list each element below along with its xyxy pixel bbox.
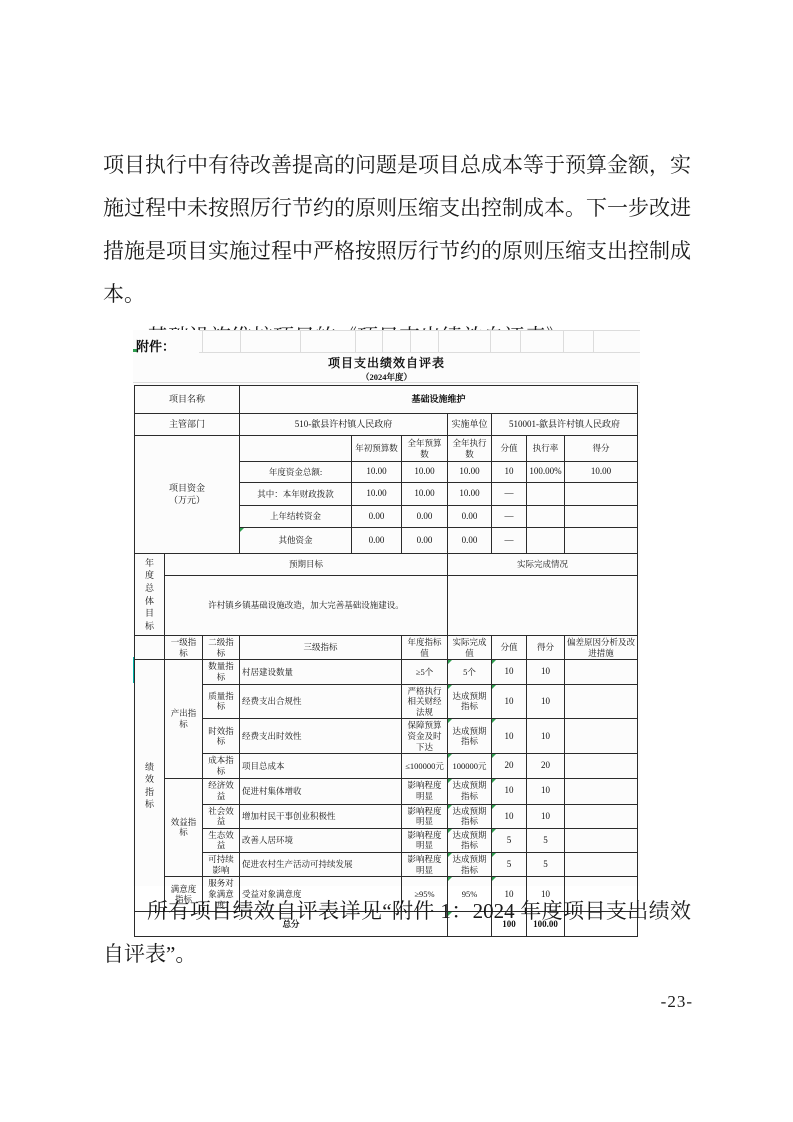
funds-col-header: 执行率 <box>527 436 565 462</box>
annual-target-value: 保障预算资金及时下达 <box>402 719 448 754</box>
table-row: 绩效指标 产出指标 数量指标 村居建设数量 ≥5个 5个 10 10 <box>135 660 638 684</box>
table-row: 成本指标 项目总成本 ≤100000元 100000元 20 20 <box>135 754 638 778</box>
department-value: 510-歙县许村镇人民政府 <box>240 414 448 436</box>
points-value: 20 <box>492 754 527 778</box>
funds-row-label: 上年结转资金 <box>240 506 352 528</box>
implementing-unit-value: 510001-歙县许村镇人民政府 <box>492 414 638 436</box>
actual-value: 100000元 <box>448 754 492 778</box>
indicator-col-header: 分值 <box>492 636 527 660</box>
empty-cell <box>240 436 352 462</box>
table-row: 社会效益 增加村民干事创业积极性 影响程度明显 达成预期指标 10 10 <box>135 804 638 828</box>
level3-indicator: 村居建设数量 <box>240 660 402 684</box>
table-row: 效益指标 经济效益 促进村集体增收 影响程度明显 达成预期指标 10 10 <box>135 778 638 804</box>
funds-points: — <box>492 483 527 506</box>
table-row: 质量指标 经费支出合规性 严格执行相关财经法规 达成预期指标 10 10 <box>135 684 638 719</box>
level3-indicator: 促进村集体增收 <box>240 778 402 804</box>
annual-goal-label: 年度总体目标 <box>135 554 165 636</box>
table-title: 项目支出绩效自评表 <box>133 354 640 371</box>
deviation-analysis <box>565 754 638 778</box>
funds-row-label: 其他资金 <box>240 528 352 554</box>
paragraph-issues: 项目执行中有待改善提高的问题是项目总成本等于预算金额，实施过程中未按照厉行节约的… <box>103 144 691 316</box>
points-value: 10 <box>492 804 527 828</box>
funds-executed: 10.00 <box>448 462 492 483</box>
score-value: 5 <box>527 828 565 852</box>
table-row: 项目名称 基础设施维护 <box>135 386 638 414</box>
annual-target-value: 严格执行相关财经法规 <box>402 684 448 719</box>
gridline <box>199 330 640 331</box>
attachment-label: 附件： <box>136 336 175 355</box>
points-value: 10 <box>492 778 527 804</box>
score-value: 20 <box>527 754 565 778</box>
funds-begin-budget: 10.00 <box>352 483 402 506</box>
gridline <box>199 352 640 353</box>
funds-score <box>565 528 638 554</box>
level1-indicator: 产出指标 <box>165 660 203 778</box>
gridline <box>202 330 203 352</box>
project-funds-label: 项目资金 （万元） <box>135 436 240 554</box>
actual-completion-header: 实际完成情况 <box>448 554 638 576</box>
score-value: 10 <box>527 660 565 684</box>
page-number: -23- <box>661 992 693 1012</box>
actual-value: 达成预期指标 <box>448 778 492 804</box>
table-subtitle: （2024年度） <box>133 371 640 383</box>
gridline <box>300 330 301 352</box>
funds-executed: 10.00 <box>448 483 492 506</box>
level3-indicator: 改善人居环境 <box>240 828 402 852</box>
gridline <box>438 330 439 352</box>
points-value: 10 <box>492 684 527 719</box>
funds-col-header: 全年预算数 <box>402 436 448 462</box>
level2-indicator: 经济效益 <box>203 778 240 804</box>
level2-indicator: 社会效益 <box>203 804 240 828</box>
body-text: 项目执行中有待改善提高的问题是项目总成本等于预算金额，实施过程中未按照厉行节约的… <box>103 144 691 359</box>
funds-exec-rate: 100.00% <box>527 462 565 483</box>
funds-score <box>565 506 638 528</box>
table-row: 主管部门 510-歙县许村镇人民政府 实施单位 510001-歙县许村镇人民政府 <box>135 414 638 436</box>
gridline <box>382 330 383 352</box>
level2-indicator: 成本指标 <box>203 754 240 778</box>
actual-value: 达成预期指标 <box>448 804 492 828</box>
level3-indicator: 经费支出时效性 <box>240 719 402 754</box>
funds-points: 10 <box>492 462 527 483</box>
deviation-analysis <box>565 719 638 754</box>
indicator-col-header: 年度指标值 <box>402 636 448 660</box>
score-value: 10 <box>527 804 565 828</box>
level2-indicator: 生态效益 <box>203 828 240 852</box>
table-row: 许村镇乡镇基础设施改造，加大完善基础设施建设。 <box>135 576 638 636</box>
gridline <box>520 330 521 352</box>
funds-points: — <box>492 506 527 528</box>
funds-col-header: 年初预算数 <box>352 436 402 462</box>
score-value: 5 <box>527 853 565 877</box>
expected-goal-text: 许村镇乡镇基础设施改造，加大完善基础设施建设。 <box>165 576 448 636</box>
annual-target-value: ≤100000元 <box>402 754 448 778</box>
gridline <box>240 330 241 352</box>
funds-row-label: 年度资金总额: <box>240 462 352 483</box>
table-row: 可持续影响 促进农村生产活动可持续发展 影响程度明显 达成预期指标 5 5 <box>135 853 638 877</box>
indicator-col-header: 得分 <box>527 636 565 660</box>
funds-score: 10.00 <box>565 462 638 483</box>
deviation-analysis <box>565 778 638 804</box>
table-row: 项目资金 （万元） 年初预算数 全年预算数 全年执行数 分值 执行率 得分 <box>135 436 638 462</box>
table-row: 生态效益 改善人居环境 影响程度明显 达成预期指标 5 5 <box>135 828 638 852</box>
actual-value: 达成预期指标 <box>448 684 492 719</box>
deviation-analysis <box>565 853 638 877</box>
points-value: 10 <box>492 719 527 754</box>
project-name-value: 基础设施维护 <box>240 386 638 414</box>
gridline <box>490 330 491 352</box>
level2-indicator: 数量指标 <box>203 660 240 684</box>
level3-indicator: 增加村民干事创业积极性 <box>240 804 402 828</box>
funds-begin-budget: 0.00 <box>352 506 402 528</box>
gridline <box>563 330 564 352</box>
level3-indicator: 经费支出合规性 <box>240 684 402 719</box>
implementing-unit-label: 实施单位 <box>448 414 492 436</box>
annual-target-value: 影响程度明显 <box>402 828 448 852</box>
annual-target-value: 影响程度明显 <box>402 778 448 804</box>
actual-value: 5个 <box>448 660 492 684</box>
funds-annual-budget: 0.00 <box>402 506 448 528</box>
empty-cell <box>135 636 165 660</box>
deviation-analysis <box>565 684 638 719</box>
actual-value: 达成预期指标 <box>448 853 492 877</box>
deviation-analysis <box>565 804 638 828</box>
annual-target-value: ≥5个 <box>402 660 448 684</box>
project-name-label: 项目名称 <box>135 386 240 414</box>
funds-col-header: 得分 <box>565 436 638 462</box>
funds-executed: 0.00 <box>448 506 492 528</box>
funds-annual-budget: 10.00 <box>402 483 448 506</box>
indicator-col-header: 一级指标 <box>165 636 203 660</box>
deviation-analysis <box>565 828 638 852</box>
excel-screenshot: 附件： 项目支出绩效自评表 （2024年度） 项目名称 基础设施维护 主管部门 … <box>133 330 640 886</box>
gridline <box>355 330 356 352</box>
funds-col-header: 全年执行数 <box>448 436 492 462</box>
funds-score <box>565 483 638 506</box>
actual-completion-text <box>448 576 638 636</box>
gridline <box>410 330 411 352</box>
points-value: 5 <box>492 853 527 877</box>
table-row: 时效指标 经费支出时效性 保障预算资金及时下达 达成预期指标 10 10 <box>135 719 638 754</box>
level2-indicator: 质量指标 <box>203 684 240 719</box>
funds-annual-budget: 10.00 <box>402 462 448 483</box>
level1-indicator: 效益指标 <box>165 778 203 877</box>
funds-row-label: 其中：本年财政拨款 <box>240 483 352 506</box>
annual-target-value: 影响程度明显 <box>402 804 448 828</box>
table-row: 一级指标 二级指标 三级指标 年度指标值 实际完成值 分值 得分 偏差原因分析及… <box>135 636 638 660</box>
funds-col-header: 分值 <box>492 436 527 462</box>
indicator-col-header: 偏差原因分析及改进措施 <box>565 636 638 660</box>
performance-indicator-label: 绩效指标 <box>135 660 165 912</box>
funds-begin-budget: 10.00 <box>352 462 402 483</box>
deviation-analysis <box>565 660 638 684</box>
funds-exec-rate <box>527 506 565 528</box>
actual-value: 达成预期指标 <box>448 719 492 754</box>
paragraph-see-attachment: 所有项目绩效自评表详见“附件 1：2024 年度项目支出绩效自评表”。 <box>103 890 691 976</box>
funds-points: — <box>492 528 527 554</box>
indicator-col-header: 三级指标 <box>240 636 402 660</box>
indicator-col-header: 二级指标 <box>203 636 240 660</box>
points-value: 10 <box>492 660 527 684</box>
level3-indicator: 项目总成本 <box>240 754 402 778</box>
score-value: 10 <box>527 719 565 754</box>
expected-goal-header: 预期目标 <box>165 554 448 576</box>
table-row: 年度总体目标 预期目标 实际完成情况 <box>135 554 638 576</box>
funds-begin-budget: 0.00 <box>352 528 402 554</box>
annual-target-value: 影响程度明显 <box>402 853 448 877</box>
indicator-col-header: 实际完成值 <box>448 636 492 660</box>
funds-executed: 0.00 <box>448 528 492 554</box>
score-value: 10 <box>527 684 565 719</box>
funds-exec-rate <box>527 483 565 506</box>
self-evaluation-table: 项目名称 基础设施维护 主管部门 510-歙县许村镇人民政府 实施单位 5100… <box>134 385 638 937</box>
level2-indicator: 时效指标 <box>203 719 240 754</box>
level2-indicator: 可持续影响 <box>203 853 240 877</box>
score-value: 10 <box>527 778 565 804</box>
gridline <box>593 330 594 352</box>
funds-annual-budget: 0.00 <box>402 528 448 554</box>
funds-exec-rate <box>527 528 565 554</box>
document-page: 项目执行中有待改善提高的问题是项目总成本等于预算金额，实施过程中未按照厉行节约的… <box>0 0 793 1122</box>
points-value: 5 <box>492 828 527 852</box>
level3-indicator: 促进农村生产活动可持续发展 <box>240 853 402 877</box>
department-label: 主管部门 <box>135 414 240 436</box>
actual-value: 达成预期指标 <box>448 828 492 852</box>
